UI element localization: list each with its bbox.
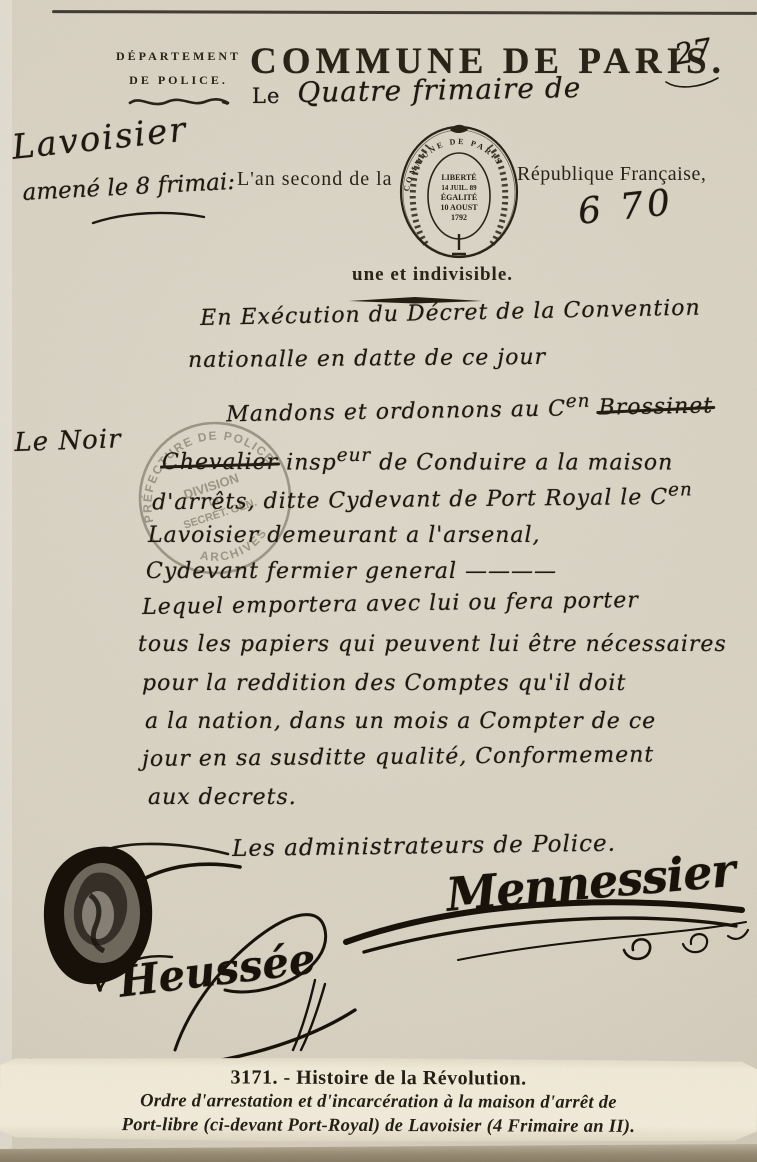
handwritten-line: d'arrêts, ditte Cydevant de Port Royal l… — [152, 479, 693, 515]
department-header: DÉPARTEMENT DE POLICE. — [116, 44, 241, 118]
flourish-ornament-icon — [127, 94, 231, 110]
caption-subtitle-line2: Port-libre (ci-devant Port-Royal) de Lav… — [0, 1113, 757, 1140]
date-handwritten: Quatre frimaire de — [297, 71, 582, 109]
handwritten-line: aux decrets. — [148, 785, 297, 810]
folio-number: 27 — [672, 32, 714, 72]
postcard-photo: DÉPARTEMENT DE POLICE. COMMUNE DE PARIS.… — [0, 0, 757, 1162]
indivisible-line: une et indivisible. — [352, 264, 513, 286]
handwritten-line: Lavoisier demeurant a l'arsenal, — [148, 523, 541, 548]
caption-strip: 3171. - Histoire de la Révolution. Ordre… — [0, 1057, 757, 1144]
margin-note-official: Le Noir — [14, 424, 122, 458]
department-line2: DE POLICE. — [116, 68, 241, 92]
paper-left-edge — [0, 0, 12, 1162]
department-line1: DÉPARTEMENT — [116, 44, 241, 68]
handwritten-line: jour en sa susditte qualité, Conformemen… — [142, 743, 654, 772]
republique-line: République Française, — [517, 163, 706, 186]
handwritten-line: tous les papiers qui peuvent lui être né… — [138, 632, 727, 657]
handwritten-line: a la nation, dans un mois a Compter de c… — [145, 709, 656, 734]
an-second-line: L'an second de la — [237, 168, 393, 191]
caption-heading: 3171. - Histoire de la Révolution. — [0, 1066, 757, 1092]
handwritten-line: pour la reddition des Comptes qu'il doit — [142, 671, 626, 696]
handwritten-line: Chevalier inspeur de Conduire a la maiso… — [162, 445, 673, 475]
handwritten-line: Cydevant fermier general ———— — [146, 559, 557, 584]
date-prefix: Le — [252, 84, 280, 108]
caption-subtitle-line1: Ordre d'arrestation et d'incarcération à… — [0, 1089, 757, 1116]
handwritten-line: nationalle en datte de ce jour — [188, 345, 546, 373]
